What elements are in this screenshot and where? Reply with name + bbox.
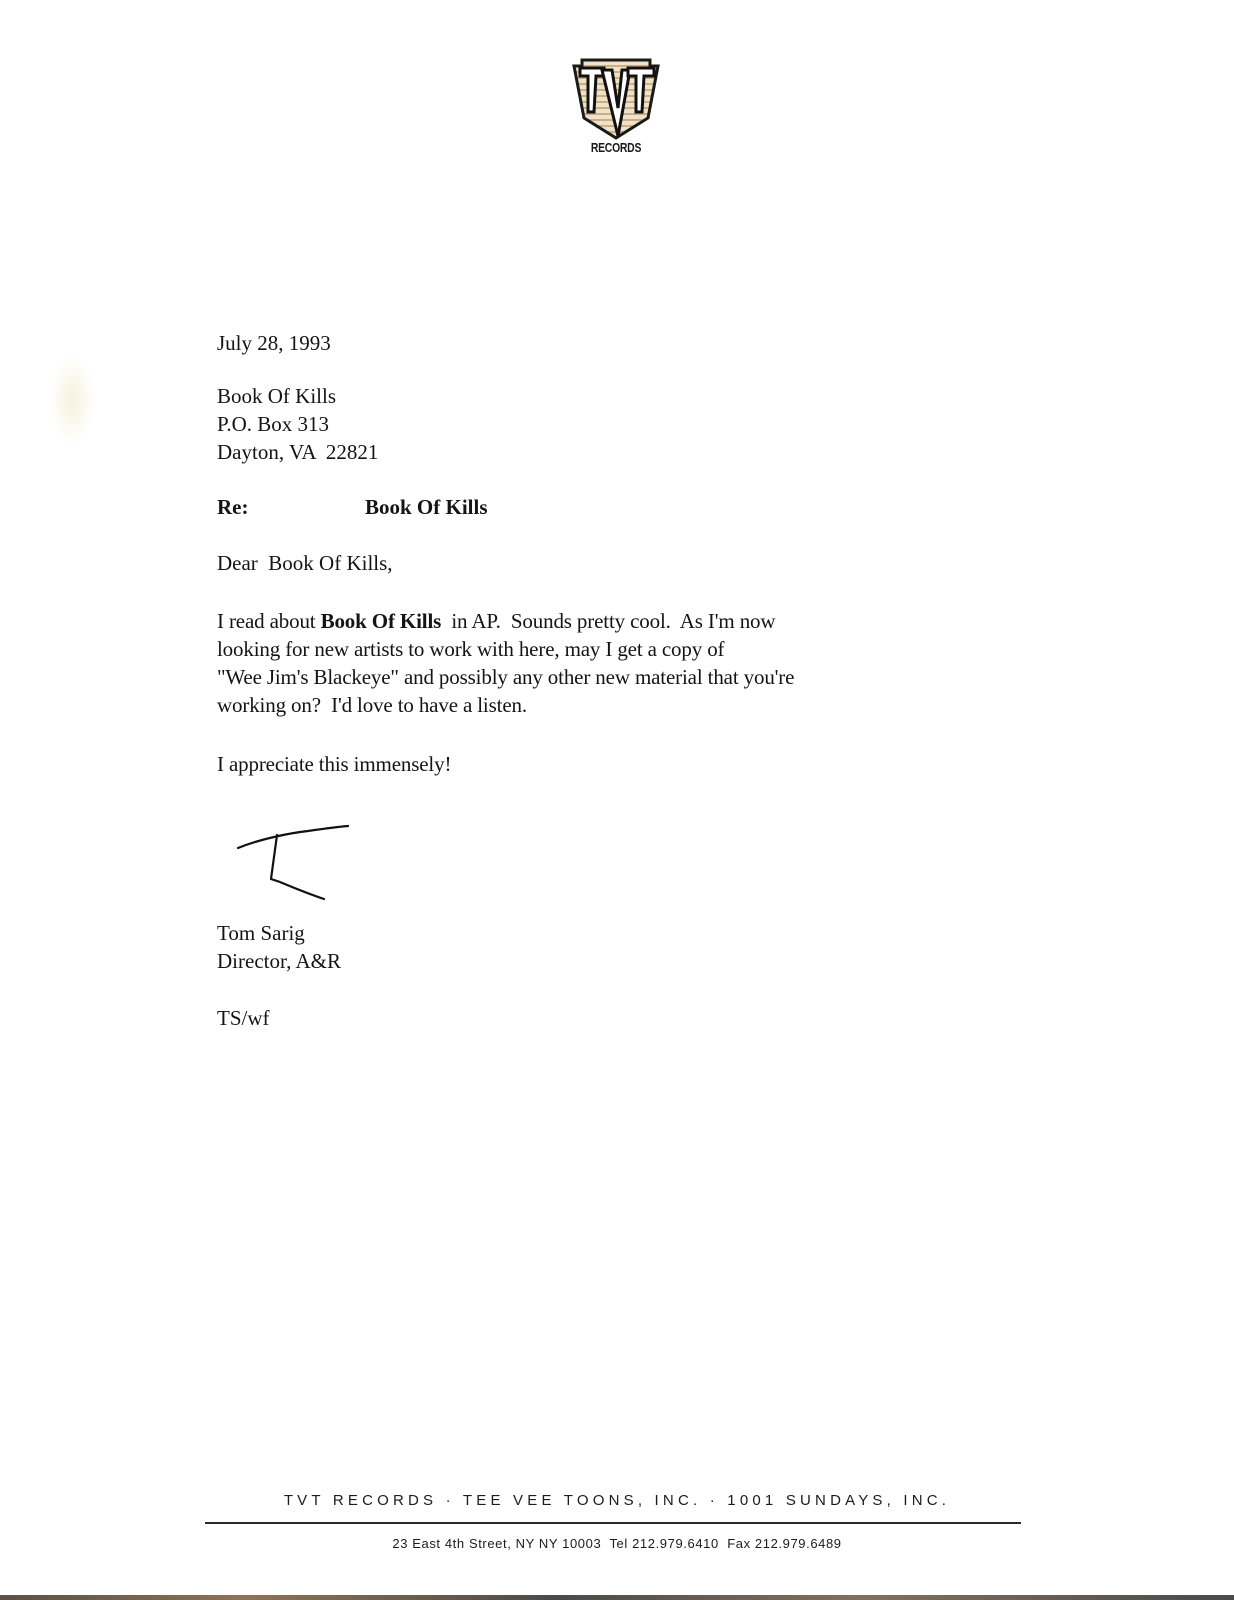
letter-date: July 28, 1993 [217, 329, 331, 357]
footer-company-line: TVT RECORDS · TEE VEE TOONS, INC. · 1001… [0, 1492, 1234, 1509]
letter-page: RECORDS July 28, 1993 Book Of Kills P.O.… [0, 0, 1234, 1600]
body-line-2: looking for new artists to work with her… [217, 635, 1037, 663]
body-line-1: I read about Book Of Kills in AP. Sounds… [217, 607, 1037, 635]
re-line: Re: Book Of Kills [217, 493, 248, 521]
body-paragraph: I read about Book Of Kills in AP. Sounds… [217, 607, 1037, 719]
re-label: Re: [217, 495, 248, 519]
typist-initials: TS/wf [217, 1004, 270, 1032]
logo-records-label: RECORDS [578, 140, 655, 155]
recipient-name: Book Of Kills [217, 382, 378, 410]
body-line-4: working on? I'd love to have a listen. [217, 691, 1037, 719]
body-text: I read about [217, 609, 321, 633]
body-text: in AP. Sounds pretty cool. As I'm now [441, 609, 775, 633]
band-name-bold: Book Of Kills [321, 609, 442, 633]
body-line-3: "Wee Jim's Blackeye" and possibly any ot… [217, 663, 1037, 691]
signer-name: Tom Sarig [217, 919, 341, 947]
handwritten-signature-icon [230, 815, 360, 910]
signer-block: Tom Sarig Director, A&R [217, 919, 341, 975]
recipient-address-line1: P.O. Box 313 [217, 410, 378, 438]
scan-bottom-edge [0, 1595, 1234, 1600]
recipient-address: Book Of Kills P.O. Box 313 Dayton, VA 22… [217, 382, 378, 466]
salutation: Dear Book Of Kills, [217, 549, 393, 577]
re-subject: Book Of Kills [365, 493, 488, 521]
footer-divider [205, 1522, 1021, 1524]
letterhead-logo: RECORDS [568, 56, 664, 162]
footer-address-line: 23 East 4th Street, NY NY 10003 Tel 212.… [0, 1536, 1234, 1551]
tvt-shield-logo-icon [568, 56, 664, 140]
recipient-address-line2: Dayton, VA 22821 [217, 438, 378, 466]
closing-line: I appreciate this immensely! [217, 750, 451, 778]
scan-stain [50, 355, 95, 445]
signer-title: Director, A&R [217, 947, 341, 975]
